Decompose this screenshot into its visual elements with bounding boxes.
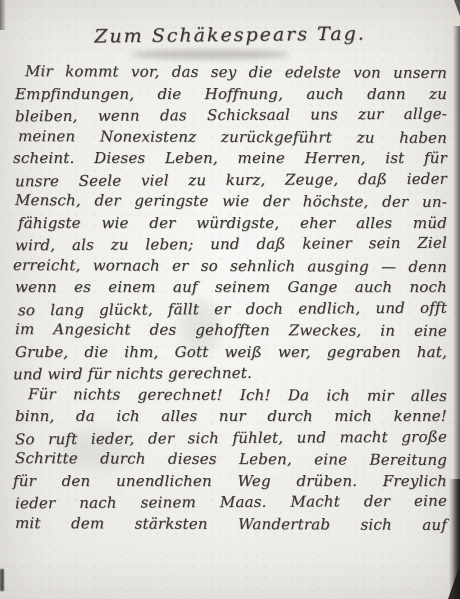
manuscript-line: bleiben, wenn das Schicksaal uns zur all… [15,104,447,128]
manuscript-line: Grube, die ihm, Gott weiß wer, gegraben … [15,342,447,364]
manuscript-line: scheint. Dieses Leben, meine Herren, ist… [13,148,447,170]
manuscript-line: So ruft ieder, der sich fühlet, und mach… [15,426,447,450]
manuscript-title: Zum Schäkespears Tag. [0,22,460,49]
manuscript-line: meinen Nonexistenz zurückgeführt zu habe… [18,126,447,149]
page-edge-shadow-top-right [454,0,460,16]
manuscript-line: so lang glückt, fällt er doch endlich, u… [18,297,447,321]
manuscript-text-block: Mir kommt vor, das sey die edelste von u… [15,62,447,535]
manuscript-line: Mensch, der geringste wie der höchste, d… [15,190,447,213]
manuscript-line: wenn es einem auf seinem Gange auch noch [15,277,447,299]
page-edge-mark-bottom-left [0,569,4,591]
manuscript-line: Mir kommt vor, das sey die edelste von u… [15,61,447,84]
manuscript-line: Schritte durch dieses Leben, eine Bereit… [15,448,447,471]
manuscript-line: Empfindungen, die Hoffnung, auch dann zu [15,84,447,106]
manuscript-line: mit dem stärksten Wandertrab sich auf [15,513,447,536]
manuscript-line: ieder nach seinem Maas. Macht der eine [15,491,447,515]
manuscript-line: für den unendlichen Weg drüben. Freylich [13,471,447,493]
manuscript-line: unsre Seele viel zu kurz, Zeuge, daß ied… [15,168,447,192]
manuscript-line: erreicht, wornach er so sehnlich ausging… [13,255,447,278]
manuscript-line: und wird für nichts gerechnet. [13,362,447,386]
manuscript-line: fähigste wie der würdigste, eher alles m… [18,213,447,235]
manuscript-line: Für nichts gerechnet! Ich! Da ich mir al… [18,384,447,407]
manuscript-line: binn, da ich alles nur durch mich kenne! [15,406,447,428]
manuscript-line: im Angesicht des gehofften Zweckes, in e… [15,319,447,342]
manuscript-line: wird, als zu leben; und daß keiner sein … [15,233,447,257]
manuscript-page: Zum Schäkespears Tag. Mir kommt vor, das… [0,0,460,599]
ink-bleed-stain [130,50,290,59]
